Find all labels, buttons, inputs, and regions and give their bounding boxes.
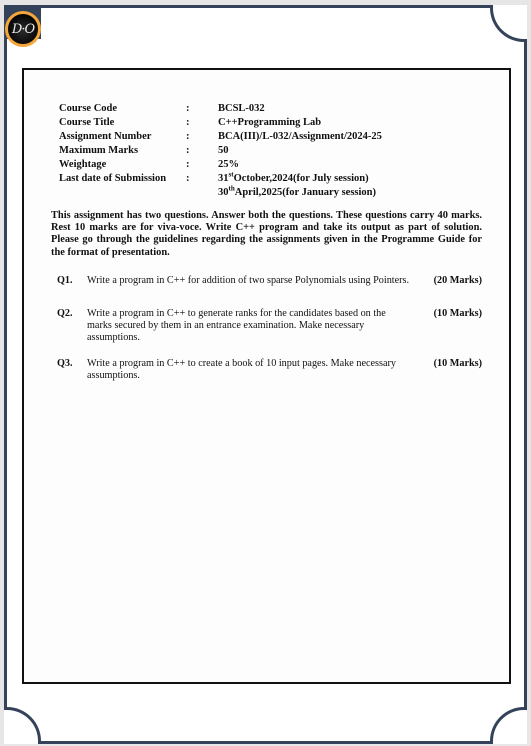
assignment-number-value: BCA(III)/L-032/Assignment/2024-25	[218, 130, 382, 144]
question-marks: (20 Marks)	[434, 275, 482, 287]
corner-arc-top-right	[490, 5, 527, 42]
submission-date-row-2: 30thApril,2025(for January session)	[59, 186, 382, 200]
course-code-row: Course Code : BCSL-032	[59, 102, 382, 116]
weightage-label: Weightage	[59, 158, 186, 172]
submission-date-row: Last date of Submission : 31stOctober,20…	[59, 172, 382, 186]
date-rest: April,2025(for January session)	[235, 187, 376, 198]
date-day: 31	[218, 173, 229, 184]
question-text: Write a program in C++ to generate ranks…	[87, 308, 403, 344]
question-2: Q2. Write a program in C++ to generate r…	[57, 308, 482, 344]
logo-text: D·O	[12, 22, 34, 37]
question-marks: (10 Marks)	[434, 358, 482, 370]
course-details: Course Code : BCSL-032 Course Title : C+…	[59, 102, 382, 200]
corner-arc-bottom-right	[490, 707, 527, 744]
course-title-row: Course Title : C++Programming Lab	[59, 116, 382, 130]
separator: :	[186, 130, 218, 144]
separator: :	[186, 144, 218, 158]
question-marks: (10 Marks)	[434, 308, 482, 320]
submission-date-january: 30thApril,2025(for January session)	[218, 186, 376, 200]
question-3: Q3. Write a program in C++ to create a b…	[57, 358, 482, 382]
question-text: Write a program in C++ for addition of t…	[87, 275, 427, 287]
assignment-number-row: Assignment Number : BCA(III)/L-032/Assig…	[59, 130, 382, 144]
assignment-document: Course Code : BCSL-032 Course Title : C+…	[22, 68, 511, 684]
question-number: Q1.	[57, 275, 87, 287]
submission-date-label: Last date of Submission	[59, 172, 186, 186]
maximum-marks-label: Maximum Marks	[59, 144, 186, 158]
question-number: Q2.	[57, 308, 87, 344]
date-rest: October,2024(for July session)	[234, 173, 369, 184]
date-day: 30	[218, 187, 229, 198]
course-code-label: Course Code	[59, 102, 186, 116]
empty-label	[59, 186, 186, 200]
assignment-instructions: This assignment has two questions. Answe…	[51, 210, 482, 259]
corner-arc-bottom-left	[4, 707, 41, 744]
question-number: Q3.	[57, 358, 87, 382]
question-1: Q1. Write a program in C++ for addition …	[57, 275, 482, 287]
submission-date-july: 31stOctober,2024(for July session)	[218, 172, 369, 186]
maximum-marks-value: 50	[218, 144, 229, 158]
question-text: Write a program in C++ to create a book …	[87, 358, 403, 382]
question-list: Q1. Write a program in C++ for addition …	[57, 275, 482, 382]
separator: :	[186, 158, 218, 172]
separator: :	[186, 116, 218, 130]
maximum-marks-row: Maximum Marks : 50	[59, 144, 382, 158]
course-title-label: Course Title	[59, 116, 186, 130]
separator: :	[186, 102, 218, 116]
course-code-value: BCSL-032	[218, 102, 265, 116]
course-title-value: C++Programming Lab	[218, 116, 321, 130]
separator: :	[186, 172, 218, 186]
assignment-number-label: Assignment Number	[59, 130, 186, 144]
weightage-row: Weightage : 25%	[59, 158, 382, 172]
logo-badge: D·O	[5, 11, 41, 47]
empty-separator	[186, 186, 218, 200]
